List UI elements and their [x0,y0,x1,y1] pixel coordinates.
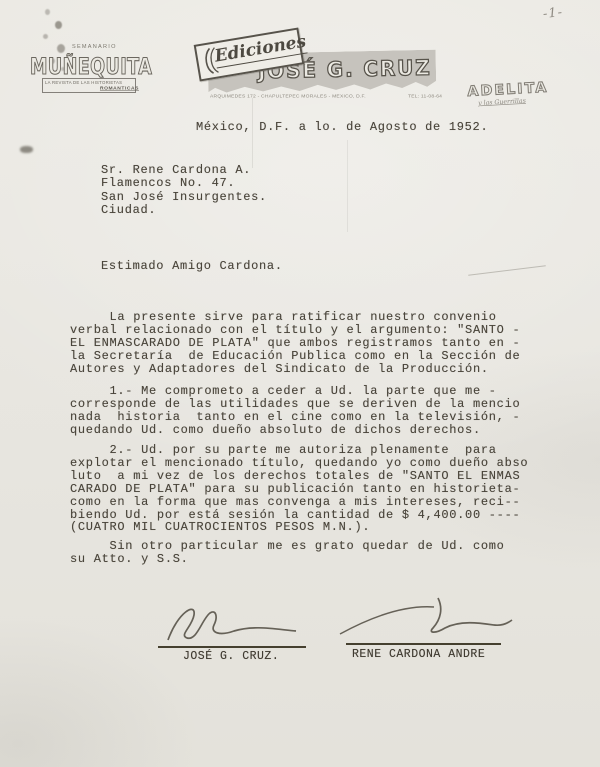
munequita-subtitle-box: LA REVISTA DE LAS HISTORIETAS ROMANTICAS [42,78,136,93]
ink-dot [45,9,50,15]
ink-dot [57,44,65,53]
scanned-letter-page: -1- SEMANARIO MUÑEQUITA LA REVISTA DE LA… [0,0,600,767]
salutation: Estimado Amigo Cardona. [101,260,283,273]
dateline: México, D.F. a lo. de Agosto de 1952. [196,121,488,134]
adelita-wordmark: ADELITA [467,80,549,100]
letterhead-phone: TEL: 11-08-64 [408,93,442,99]
semanario-label: SEMANARIO [72,43,117,49]
signature-name-left: JOSÉ G. CRUZ. [183,650,279,663]
scan-crease [347,140,348,232]
paragraph-2: 1.- Me comprometo a ceder a Ud. la parte… [70,385,520,437]
ink-dot [43,34,48,39]
signature-line-left [158,646,306,648]
signature-rene-cardona [338,592,513,647]
pencil-mark [468,265,546,275]
signature-name-right: RENE CARDONA ANDRE [352,648,485,661]
munequita-wordmark: MUÑEQUITA [30,55,152,80]
recipient-block: Sr. Rene Cardona A. Flamencos No. 47. Sa… [101,164,267,218]
paragraph-4: Sin otro particular me es grato quedar d… [70,540,505,566]
paragraph-3: 2.- Ud. por su parte me autoriza plename… [70,444,528,534]
ink-smudge [20,146,33,153]
adelita-subtitle: y las Guerrillas [478,98,526,107]
ediciones-script: Ediciones [213,32,308,69]
signature-line-right [346,643,501,645]
paragraph-1: La presente sirve para ratificar nuestro… [70,311,520,376]
ink-dot [55,21,62,29]
munequita-subtitle-2: ROMANTICAS [100,85,139,91]
signature-jose-g-cruz [156,600,311,648]
handwritten-page-number: -1- [542,5,564,22]
letterhead-address: ARQUIMEDES 172 - CHAPULTEPEC MORALES - M… [210,93,366,99]
